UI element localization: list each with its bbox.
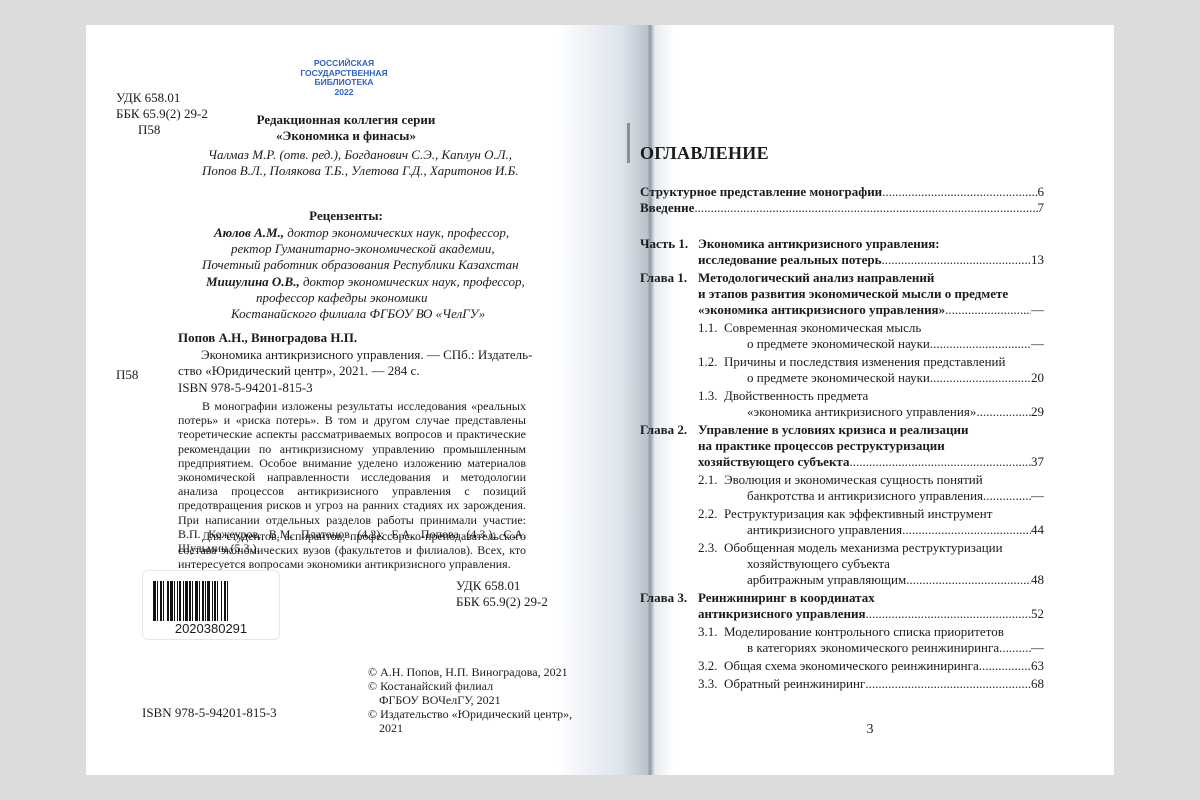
reviewer-credential: доктор экономических наук, профессор, xyxy=(303,274,525,289)
toc-page-number: — xyxy=(1031,488,1044,504)
udk-code: УДК 658.01 xyxy=(116,90,180,106)
toc-page-number: 13 xyxy=(1031,252,1044,268)
editorial-member-line: Чалмаз М.Р. (отв. ред.), Богданович С.Э.… xyxy=(208,147,512,163)
toc-entry-text: Экономика антикризисного управления: xyxy=(698,236,940,252)
toc-leader-dots xyxy=(906,572,1031,588)
contents-page: ОГЛАВЛЕНИЕ Структурное представление мон… xyxy=(626,25,1114,775)
toc-page-number: — xyxy=(1031,336,1044,352)
toc-leader-dots xyxy=(983,488,1031,504)
bbk-code: ББК 65.9(2) 29-2 xyxy=(116,106,208,122)
toc-page-number: 20 xyxy=(1031,370,1044,386)
toc-entry-text: арбитражным управляющим xyxy=(747,572,906,588)
toc-entry-text: Структурное представление монографии xyxy=(640,184,882,200)
toc-entry-label: Глава 2. xyxy=(640,422,698,438)
toc-leader-dots xyxy=(930,336,1031,352)
toc-section-number: 3.1. xyxy=(698,624,718,640)
toc-entry-text: о предмете экономической науки xyxy=(747,336,930,352)
reviewers-title: Рецензенты: xyxy=(236,208,456,224)
copyright-line: © А.Н. Попов, Н.П. Виноградова, 2021 xyxy=(368,665,568,679)
toc-entry-section[interactable]: 3.2.Общая схема экономического реинжинир… xyxy=(640,658,1044,674)
barcode-sticker: 2020380291 xyxy=(142,570,280,640)
reviewer-1: Аюлов А.М., доктор экономических наук, п… xyxy=(214,225,509,241)
page-edge-mark xyxy=(627,123,630,163)
toc-leader-dots xyxy=(866,606,1031,622)
book-description: Экономика антикризисного управления. — С… xyxy=(201,347,532,363)
toc-entry-chapter[interactable]: Глава 3.Реинжиниринг в координатахантикр… xyxy=(640,590,1044,622)
toc-entry-text: исследование реальных потерь xyxy=(698,252,881,268)
toc-page-number: 68 xyxy=(1031,676,1044,692)
toc-entry-text: «экономика антикризисного управления» xyxy=(698,302,945,318)
toc-entry-section[interactable]: 3.1.Моделирование контрольного списка пр… xyxy=(640,624,1044,656)
toc-entry-section[interactable]: 3.3.Обратный реинжиниринг68 xyxy=(640,676,1044,692)
toc-leader-dots xyxy=(882,184,1037,200)
toc-entry-text: о предмете экономической науки xyxy=(747,370,930,386)
toc-leader-dots xyxy=(849,454,1031,470)
editorial-board-title: Редакционная коллегия серии xyxy=(236,112,456,128)
toc-leader-dots xyxy=(999,640,1031,656)
toc-leader-dots xyxy=(865,676,1031,692)
stamp-line: 2022 xyxy=(289,88,399,98)
copyright-line: © Костанайский филиал xyxy=(368,679,493,693)
table-of-contents: Структурное представление монографии6Вве… xyxy=(640,184,1044,692)
author-mark-side: П58 xyxy=(116,367,138,383)
udk-code-bottom: УДК 658.01 xyxy=(456,578,520,594)
toc-entry-text: Управление в условиях кризиса и реализац… xyxy=(698,422,968,438)
toc-page-number: 48 xyxy=(1031,572,1044,588)
toc-page-number: 7 xyxy=(1038,200,1045,216)
isbn-bottom: ISBN 978-5-94201-815-3 xyxy=(142,705,277,721)
toc-entry-part[interactable]: Часть 1.Экономика антикризисного управле… xyxy=(640,236,1044,268)
page-number: 3 xyxy=(626,722,1114,738)
toc-entry-text: Эволюция и экономическая сущность поняти… xyxy=(724,472,983,488)
book-description: ство «Юридический центр», 2021. — 284 с. xyxy=(178,363,420,379)
reviewer-credential: ректор Гуманитарно-экономической академи… xyxy=(231,241,495,257)
reviewer-name: Мишулина О.В., xyxy=(206,274,300,289)
toc-leader-dots xyxy=(694,200,1037,216)
toc-page-number: 63 xyxy=(1031,658,1044,674)
series-name: «Экономика и финасы» xyxy=(236,128,456,144)
author-mark: П58 xyxy=(138,122,160,138)
toc-page-number: — xyxy=(1031,302,1044,318)
toc-section-number: 3.3. xyxy=(698,676,718,692)
toc-entry-text: Общая схема экономического реинжиниринга xyxy=(724,658,979,674)
toc-section-number: 3.2. xyxy=(698,658,718,674)
contents-title: ОГЛАВЛЕНИЕ xyxy=(640,143,769,164)
copyright-line: © Издательство «Юридический центр», xyxy=(368,707,572,721)
toc-entry-section[interactable]: 2.3.Обобщенная модель механизма реструкт… xyxy=(640,540,1044,588)
barcode-icon xyxy=(153,581,265,621)
reviewer-credential: доктор экономических наук, профессор, xyxy=(287,225,509,240)
toc-entry-text: «экономика антикризисного управления» xyxy=(747,404,976,420)
toc-entry-section[interactable]: 1.2.Причины и последствия изменения пред… xyxy=(640,354,1044,386)
bbk-code-bottom: ББК 65.9(2) 29-2 xyxy=(456,594,548,610)
reviewer-credential: Почетный работник образования Республики… xyxy=(202,257,519,273)
toc-entry-text: антикризисного управления xyxy=(747,522,902,538)
audience-text: Для студентов, аспирантов, профессорско-… xyxy=(178,529,526,572)
toc-page-number: 29 xyxy=(1031,404,1044,420)
toc-entry-text: банкротства и антикризисного управления xyxy=(747,488,983,504)
toc-entry-text: и этапов развития экономической мысли о … xyxy=(698,286,1008,302)
toc-page-number: 37 xyxy=(1031,454,1044,470)
copyright-line: 2021 xyxy=(379,721,403,735)
toc-section-number: 2.1. xyxy=(698,472,718,488)
toc-section-number: 1.1. xyxy=(698,320,718,336)
toc-section-number: 1.3. xyxy=(698,388,718,404)
toc-entry-chapter[interactable]: Глава 1.Методологический анализ направле… xyxy=(640,270,1044,318)
toc-section-number: 2.2. xyxy=(698,506,718,522)
toc-page-number: — xyxy=(1031,640,1044,656)
toc-entry-chapter[interactable]: Глава 2.Управление в условиях кризиса и … xyxy=(640,422,1044,470)
copyright-line: ФГБОУ ВОЧелГУ, 2021 xyxy=(379,693,501,707)
toc-entry-label: Часть 1. xyxy=(640,236,698,252)
toc-entry-text: на практике процессов реструктуризации xyxy=(698,438,945,454)
toc-entry-label: Глава 1. xyxy=(640,270,698,286)
imprint-page: РОССИЙСКАЯ ГОСУДАРСТВЕННАЯ БИБЛИОТЕКА 20… xyxy=(86,25,596,775)
toc-entry-text: Современная экономическая мысль xyxy=(724,320,921,336)
toc-leader-dots xyxy=(881,252,1031,268)
toc-entry-top[interactable]: Введение7 xyxy=(640,200,1044,216)
toc-leader-dots xyxy=(902,522,1031,538)
reviewer-credential: профессор кафедры экономики xyxy=(256,290,428,306)
book-spread: РОССИЙСКАЯ ГОСУДАРСТВЕННАЯ БИБЛИОТЕКА 20… xyxy=(86,25,1114,775)
reviewer-name: Аюлов А.М., xyxy=(214,225,284,240)
toc-page-number: 44 xyxy=(1031,522,1044,538)
toc-entry-text: Моделирование контрольного списка приори… xyxy=(724,624,1004,640)
reviewer-credential: Костанайского филиала ФГБОУ ВО «ЧелГУ» xyxy=(231,306,485,322)
book-authors: Попов А.Н., Виноградова Н.П. xyxy=(178,330,357,346)
toc-entry-text: Обобщенная модель механизма реструктуриз… xyxy=(724,540,1003,556)
toc-entry-text: Реинжиниринг в координатах xyxy=(698,590,875,606)
toc-section-number: 2.3. xyxy=(698,540,718,556)
toc-leader-dots xyxy=(979,658,1031,674)
toc-entry-section[interactable]: 1.3.Двойственность предмета«экономика ан… xyxy=(640,388,1044,420)
toc-section-number: 1.2. xyxy=(698,354,718,370)
toc-entry-text: Введение xyxy=(640,200,694,216)
toc-entry-text: Обратный реинжиниринг xyxy=(724,676,865,692)
toc-entry-text: хозяйствующего субъекта xyxy=(698,454,849,470)
toc-page-number: 6 xyxy=(1038,184,1045,200)
toc-entry-text: антикризисного управления xyxy=(698,606,866,622)
toc-entry-text: Причины и последствия изменения представ… xyxy=(724,354,1005,370)
toc-entry-label: Глава 3. xyxy=(640,590,698,606)
toc-entry-section[interactable]: 2.2.Реструктуризация как эффективный инс… xyxy=(640,506,1044,538)
toc-leader-dots xyxy=(930,370,1031,386)
reviewer-2: Мишулина О.В., доктор экономических наук… xyxy=(206,274,525,290)
isbn: ISBN 978-5-94201-815-3 xyxy=(178,380,313,396)
editorial-member-line: Попов В.Л., Полякова Т.Б., Улетова Г.Д.,… xyxy=(202,163,519,179)
toc-entry-top[interactable]: Структурное представление монографии6 xyxy=(640,184,1044,200)
toc-entry-section[interactable]: 2.1.Эволюция и экономическая сущность по… xyxy=(640,472,1044,504)
library-stamp: РОССИЙСКАЯ ГОСУДАРСТВЕННАЯ БИБЛИОТЕКА 20… xyxy=(289,59,399,97)
toc-entry-text: хозяйствующего субъекта xyxy=(747,556,890,572)
toc-entry-section[interactable]: 1.1.Современная экономическая мысльо пре… xyxy=(640,320,1044,352)
toc-leader-dots xyxy=(976,404,1031,420)
toc-entry-text: Двойственность предмета xyxy=(724,388,868,404)
toc-entry-text: в категориях экономического реинжиниринг… xyxy=(747,640,999,656)
toc-leader-dots xyxy=(945,302,1031,318)
toc-entry-text: Методологический анализ направлений xyxy=(698,270,934,286)
toc-entry-text: Реструктуризация как эффективный инструм… xyxy=(724,506,992,522)
toc-page-number: 52 xyxy=(1031,606,1044,622)
barcode-number: 2020380291 xyxy=(143,621,279,636)
